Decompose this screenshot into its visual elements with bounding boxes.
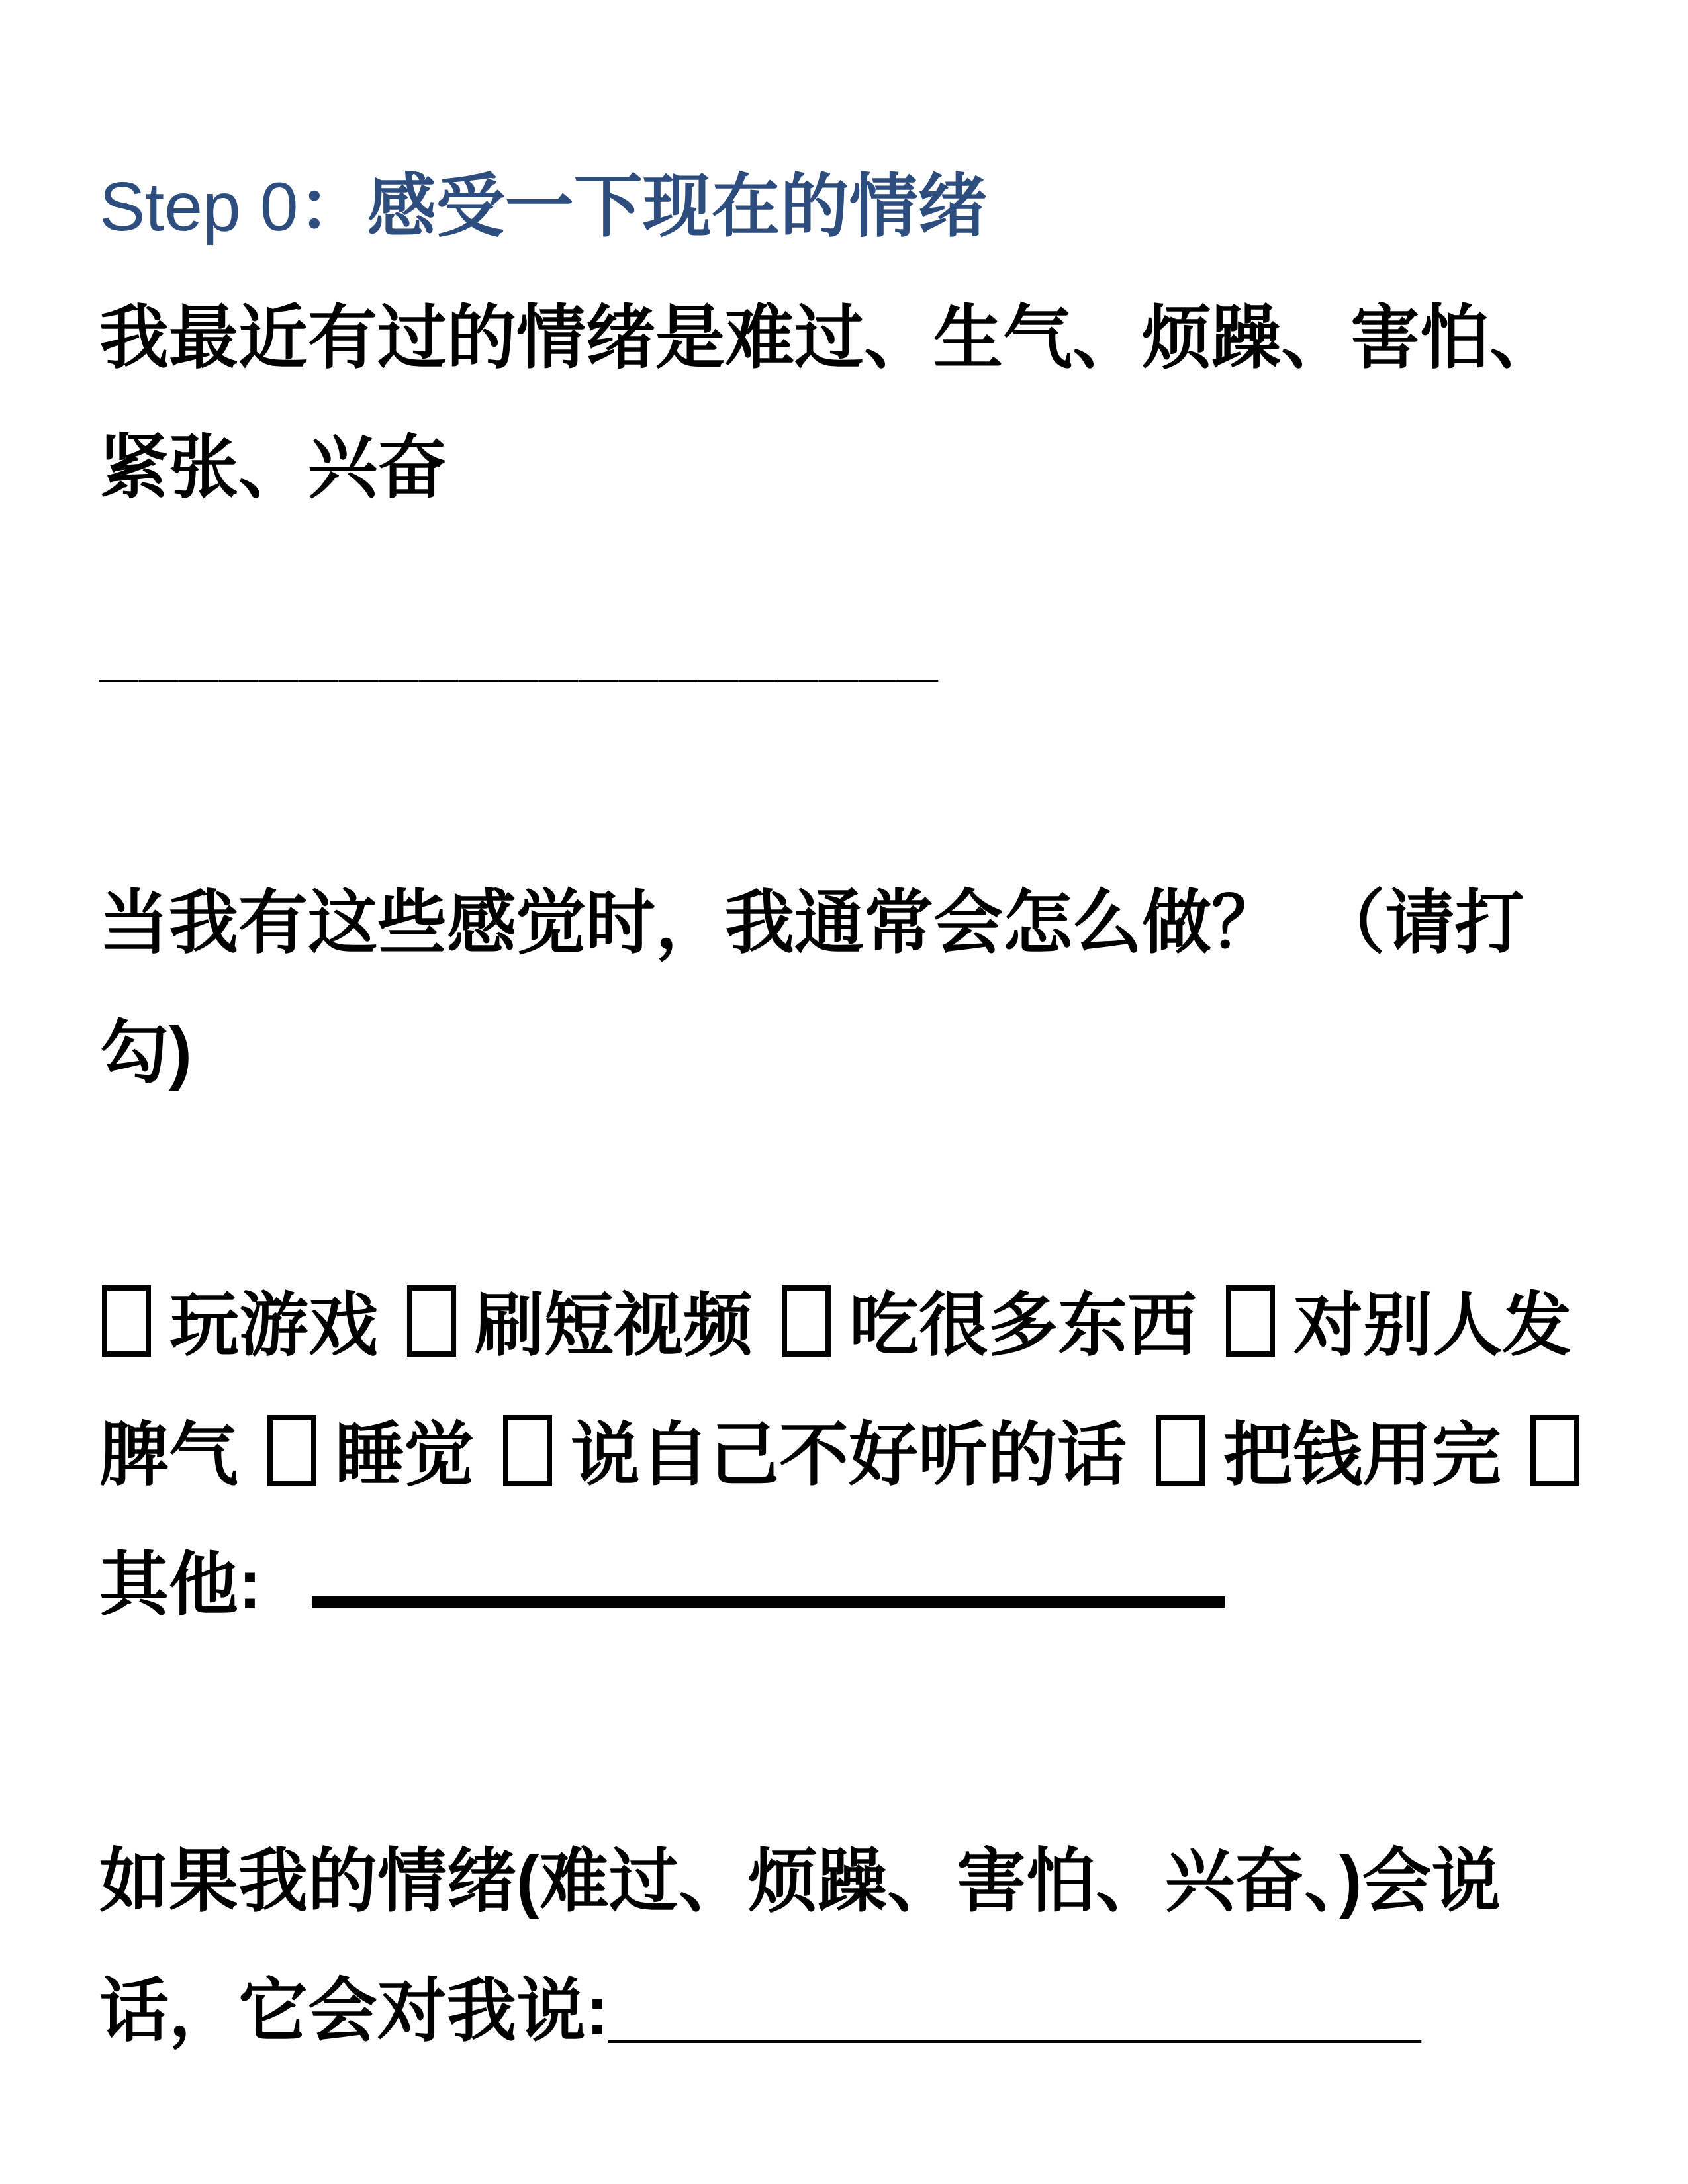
step-title-heading: ：感受一下现在的情绪: [299, 169, 987, 246]
behavior-option-label: 玩游戏: [169, 1287, 378, 1364]
behavior-checkbox-8[interactable]: [1530, 1415, 1579, 1486]
behavior-checkbox-1[interactable]: [102, 1285, 151, 1357]
usual-behavior-question-line-2: 勾): [99, 1014, 192, 1091]
emotion-speaks-answer-blank[interactable]: _____________________: [609, 1972, 1421, 2050]
behavior-checkbox-4[interactable]: [1226, 1285, 1275, 1357]
worksheet-page: Step 0：感受一下现在的情绪 我最近有过的情绪是难过、生气、烦躁、害怕、紧张…: [0, 0, 1688, 2184]
behavior-option-label: 睡觉: [335, 1416, 474, 1494]
step-title-step-label: Step 0: [99, 169, 299, 246]
behavior-checkbox-2[interactable]: [407, 1285, 456, 1357]
behavior-checkbox-6[interactable]: [503, 1415, 552, 1486]
usual-behavior-question-paragraph: 当我有这些感觉时，我通常会怎么做？ （请打勾): [99, 858, 1635, 1118]
other-answer-blank[interactable]: [312, 1596, 1225, 1608]
emotion-speaks-line-1: 如果我的情绪(难过、烦躁、害怕、兴奋、)会说: [99, 1843, 1501, 1920]
behavior-options: 玩游戏刷短视频吃很多东西对别人发脾气睡觉说自己不好听的话把钱用完其他:: [99, 1261, 1635, 1650]
behavior-option-label: 其他:: [99, 1546, 261, 1623]
behavior-option-label: 刷短视频: [475, 1287, 753, 1364]
emotion-speaks-line-2-prefix: 话，它会对我说:: [99, 1972, 609, 2050]
emotion-speaks-paragraph: 如果我的情绪(难过、烦躁、害怕、兴奋、)会说话，它会对我说:__________…: [99, 1817, 1635, 2076]
recent-emotions-line-2: 紧张、兴奋: [99, 429, 447, 506]
recent-emotions-answer-blank[interactable]: _____________________: [99, 586, 1635, 715]
behavior-checkbox-7[interactable]: [1156, 1415, 1205, 1486]
step-title: Step 0：感受一下现在的情绪: [99, 158, 1635, 257]
recent-emotions-paragraph: 我最近有过的情绪是难过、生气、烦躁、害怕、紧张、兴奋: [99, 273, 1635, 533]
usual-behavior-question-line-1: 当我有这些感觉时，我通常会怎么做？ （请打: [99, 884, 1524, 962]
behavior-option-label: 说自己不好听的话: [571, 1416, 1127, 1494]
behavior-checkbox-5[interactable]: [267, 1415, 316, 1486]
behavior-option-label: 把钱用完: [1223, 1416, 1501, 1494]
behavior-checkbox-3[interactable]: [782, 1285, 831, 1357]
behavior-option-label: 吃很多东西: [849, 1287, 1197, 1364]
recent-emotions-line-1: 我最近有过的情绪是难过、生气、烦躁、害怕、: [99, 299, 1559, 377]
